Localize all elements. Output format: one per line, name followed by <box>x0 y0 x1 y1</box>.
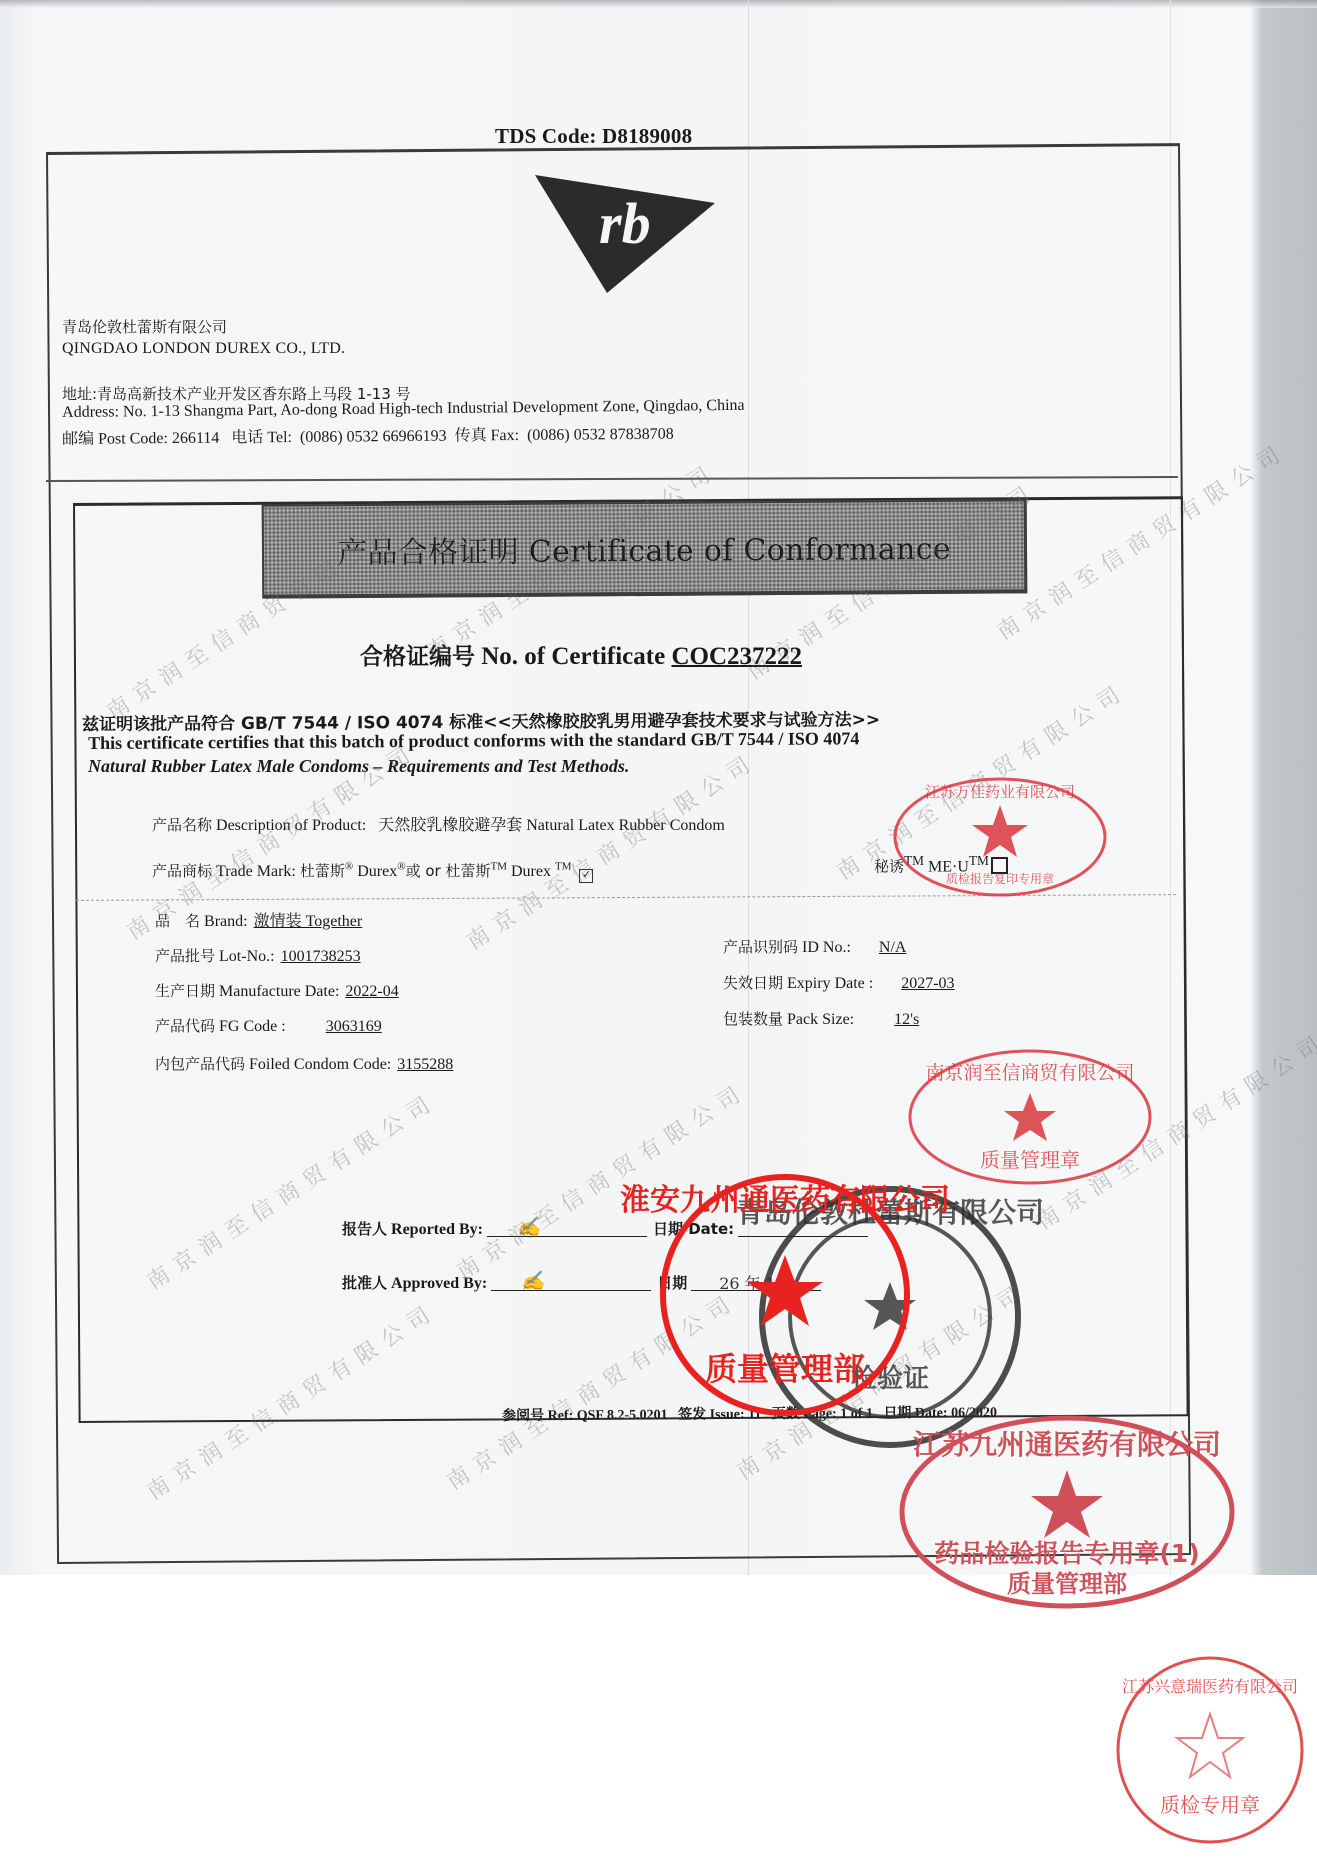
brand-value: 激情装 Together <box>254 913 363 930</box>
svg-text:江苏兴意瑞医药有限公司: 江苏兴意瑞医药有限公司 <box>1122 1677 1298 1696</box>
company-name-cn: 青岛伦敦杜蕾斯有限公司 <box>62 316 227 337</box>
tds-code: TDS Code: D8189008 <box>495 124 692 149</box>
reported-date-line <box>738 1219 868 1237</box>
standard-title-en: Natural Rubber Latex Male Condoms – Requ… <box>88 756 629 777</box>
scan-shadow <box>0 0 1317 8</box>
meu-trademark-checkbox[interactable] <box>991 857 1008 874</box>
foiled-code-value: 3155288 <box>397 1056 453 1073</box>
approved-by-signature: ✍ <box>491 1273 651 1291</box>
field-description: 产品名称 Description of Product: 天然胶乳橡胶避孕套 N… <box>152 812 725 835</box>
field-expiry-date: 失效日期 Expiry Date :2027-03 <box>723 972 955 993</box>
field-lot-no: 产品批号 Lot-No.:1001738253 <box>155 945 361 966</box>
certificate-title: 产品合格证明 Certificate of Conformance <box>337 524 951 572</box>
cert-number-label-cn: 合格证编号 <box>360 644 475 670</box>
svg-text:质检专用章: 质检专用章 <box>1160 1793 1260 1817</box>
field-brand: 品 名 Brand:激情装 Together <box>155 908 362 931</box>
field-foiled-code: 内包产品代码 Foiled Condom Code:3155288 <box>155 1053 453 1074</box>
field-pack-size: 包装数量 Pack Size:12's <box>723 1008 919 1029</box>
company-name-en: QINGDAO LONDON DUREX CO., LTD. <box>62 340 345 358</box>
stamp-bottom-right: 江苏兴意瑞医药有限公司 质检专用章 <box>1112 1652 1308 1848</box>
lot-no-value: 1001738253 <box>281 948 361 965</box>
fg-code-value: 3063169 <box>326 1018 382 1035</box>
manufacture-date-value: 2022-04 <box>345 983 398 1000</box>
durex-trademark-checkbox[interactable]: ✓ <box>579 869 593 883</box>
field-trademark-meu: 秘诱TM ME·UTM <box>874 853 1008 876</box>
certificate-number: 合格证编号 No. of Certificate COC237222 <box>360 638 802 671</box>
field-trademark: 产品商标 Trade Mark: 杜蕾斯® Durex®或 or 杜蕾斯TM D… <box>152 860 593 883</box>
field-id-no: 产品识别码 ID No.:N/A <box>723 936 906 957</box>
reported-by-signature: ✍ <box>487 1219 647 1237</box>
approved-by: 批准人 Approved By:✍日期26 年 12 <box>342 1272 821 1293</box>
rb-logo-icon: rb <box>535 175 715 295</box>
field-manufacture-date: 生产日期 Manufacture Date:2022-04 <box>155 980 399 1001</box>
description-value: 天然胶乳橡胶避孕套 Natural Latex Rubber Condom <box>378 817 725 834</box>
footer-reference: 参阅号 Ref: QSF 8.2-5.0201 签发 Issue: 11 页数 … <box>502 1402 997 1425</box>
svg-text:rb: rb <box>599 191 651 256</box>
pack-size-value: 12's <box>894 1011 919 1028</box>
certificate-title-banner: 产品合格证明 Certificate of Conformance <box>262 499 1028 598</box>
cert-number-value: COC237222 <box>671 643 802 670</box>
cert-number-label-en: No. of Certificate <box>475 643 671 670</box>
reported-by: 报告人 Reported By:✍日期 Date: <box>342 1218 868 1239</box>
scanned-page: TDS Code: D8189008 rb 青岛伦敦杜蕾斯有限公司 QINGDA… <box>0 0 1317 1575</box>
expiry-date-value: 2027-03 <box>901 975 954 992</box>
field-fg-code: 产品代码 FG Code :3063169 <box>155 1015 382 1036</box>
id-no-value: N/A <box>879 939 907 956</box>
approved-date-line: 26 年 12 <box>691 1273 821 1291</box>
